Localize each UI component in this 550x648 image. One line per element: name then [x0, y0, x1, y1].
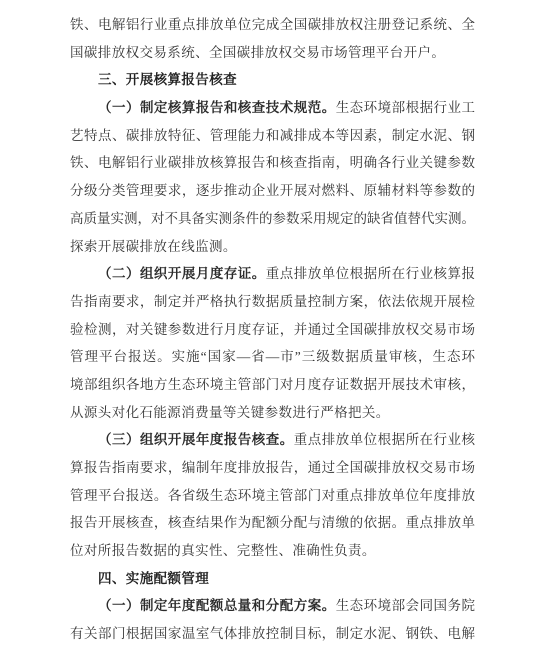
text-segment: 艺特点、碳排放特征、管理能力和减排成本等因素，制定水泥、钢 [70, 128, 475, 143]
bold-text-segment: 三、开展核算报告核查 [98, 72, 237, 87]
text-segment: 境部组织各地方生态环境主管部门对月度存证数据开展技术审核， [70, 377, 475, 392]
section-heading: 四、实施配额管理 [70, 565, 475, 593]
text-segment: 有关部门根据国家温室气体排放控制目标，制定水泥、钢铁、电解 [70, 626, 475, 641]
text-line: 管理平台报送。实施“国家—省—市”三级数据质量审核，生态环 [70, 343, 475, 371]
text-line: 艺特点、碳排放特征、管理能力和减排成本等因素，制定水泥、钢 [70, 122, 475, 150]
text-segment: 生态环境部根据行业工 [336, 100, 475, 115]
text-segment: 重点排放单位根据所在行业核算报 [266, 266, 475, 281]
text-line: （三）组织开展年度报告核查。重点排放单位根据所在行业核 [70, 426, 475, 454]
bold-text-segment: （一）制定核算报告和核查技术规范。 [98, 100, 336, 115]
text-segment: 位对所报告数据的真实性、完整性、准确性负责。 [70, 543, 376, 558]
text-line: 位对所报告数据的真实性、完整性、准确性负责。 [70, 537, 475, 565]
text-line: （二）组织开展月度存证。重点排放单位根据所在行业核算报 [70, 260, 475, 288]
text-segment: 高质量实测，对不具备实测条件的参数采用规定的缺省值替代实测。 [70, 211, 475, 226]
document-body: 铁、电解铝行业重点排放单位完成全国碳排放权注册登记系统、全国碳排放权交易系统、全… [70, 11, 475, 648]
text-segment: 管理平台报送。各省级生态环境主管部门对重点排放单位年度排放 [70, 488, 475, 503]
text-line: 管理平台报送。各省级生态环境主管部门对重点排放单位年度排放 [70, 482, 475, 510]
text-line: 从源头对化石能源消费量等关键参数进行严格把关。 [70, 399, 475, 427]
text-segment: 探索开展碳排放在线监测。 [70, 239, 237, 254]
text-line: 国碳排放权交易系统、全国碳排放权交易市场管理平台开户。 [70, 39, 475, 67]
text-line: 铁、电解铝行业碳排放核算报告和核查指南，明确各行业关键参数 [70, 149, 475, 177]
text-line: （一）制定年度配额总量和分配方案。生态环境部会同国务院 [70, 592, 475, 620]
text-line: 有关部门根据国家温室气体排放控制目标，制定水泥、钢铁、电解 [70, 620, 475, 648]
text-segment: 分级分类管理要求，逐步推动企业开展对燃料、原辅材料等参数的 [70, 183, 475, 198]
text-segment: 验检测，对关键参数进行月度存证，并通过全国碳排放权交易市场 [70, 322, 475, 337]
text-line: 告指南要求，制定并严格执行数据质量控制方案，依法依规开展检 [70, 288, 475, 316]
bold-text-segment: （三）组织开展年度报告核查。 [98, 432, 294, 447]
text-line: 算报告指南要求，编制年度排放报告，通过全国碳排放权交易市场 [70, 454, 475, 482]
bold-text-segment: （二）组织开展月度存证。 [98, 266, 266, 281]
text-segment: 铁、电解铝行业碳排放核算报告和核查指南，明确各行业关键参数 [70, 155, 475, 170]
text-segment: 管理平台报送。实施“国家—省—市”三级数据质量审核，生态环 [70, 349, 475, 364]
text-line: 报告开展核查，核查结果作为配额分配与清缴的依据。重点排放单 [70, 509, 475, 537]
bold-text-segment: （一）制定年度配额总量和分配方案。 [98, 598, 336, 613]
text-segment: 生态环境部会同国务院 [336, 598, 475, 613]
text-line: 探索开展碳排放在线监测。 [70, 233, 475, 261]
text-segment: 从源头对化石能源消费量等关键参数进行严格把关。 [70, 405, 390, 420]
text-segment: 国碳排放权交易系统、全国碳排放权交易市场管理平台开户。 [70, 45, 445, 60]
text-line: 境部组织各地方生态环境主管部门对月度存证数据开展技术审核， [70, 371, 475, 399]
text-segment: 重点排放单位根据所在行业核 [294, 432, 475, 447]
bold-text-segment: 四、实施配额管理 [98, 571, 209, 586]
text-segment: 告指南要求，制定并严格执行数据质量控制方案，依法依规开展检 [70, 294, 475, 309]
text-line: 铁、电解铝行业重点排放单位完成全国碳排放权注册登记系统、全 [70, 11, 475, 39]
text-segment: 报告开展核查，核查结果作为配额分配与清缴的依据。重点排放单 [70, 515, 475, 530]
section-heading: 三、开展核算报告核查 [70, 66, 475, 94]
text-line: （一）制定核算报告和核查技术规范。生态环境部根据行业工 [70, 94, 475, 122]
text-line: 分级分类管理要求，逐步推动企业开展对燃料、原辅材料等参数的 [70, 177, 475, 205]
document-page: 铁、电解铝行业重点排放单位完成全国碳排放权注册登记系统、全国碳排放权交易系统、全… [0, 0, 550, 648]
text-line: 验检测，对关键参数进行月度存证，并通过全国碳排放权交易市场 [70, 316, 475, 344]
text-segment: 算报告指南要求，编制年度排放报告，通过全国碳排放权交易市场 [70, 460, 475, 475]
text-segment: 铁、电解铝行业重点排放单位完成全国碳排放权注册登记系统、全 [70, 17, 475, 32]
text-line: 高质量实测，对不具备实测条件的参数采用规定的缺省值替代实测。 [70, 205, 475, 233]
